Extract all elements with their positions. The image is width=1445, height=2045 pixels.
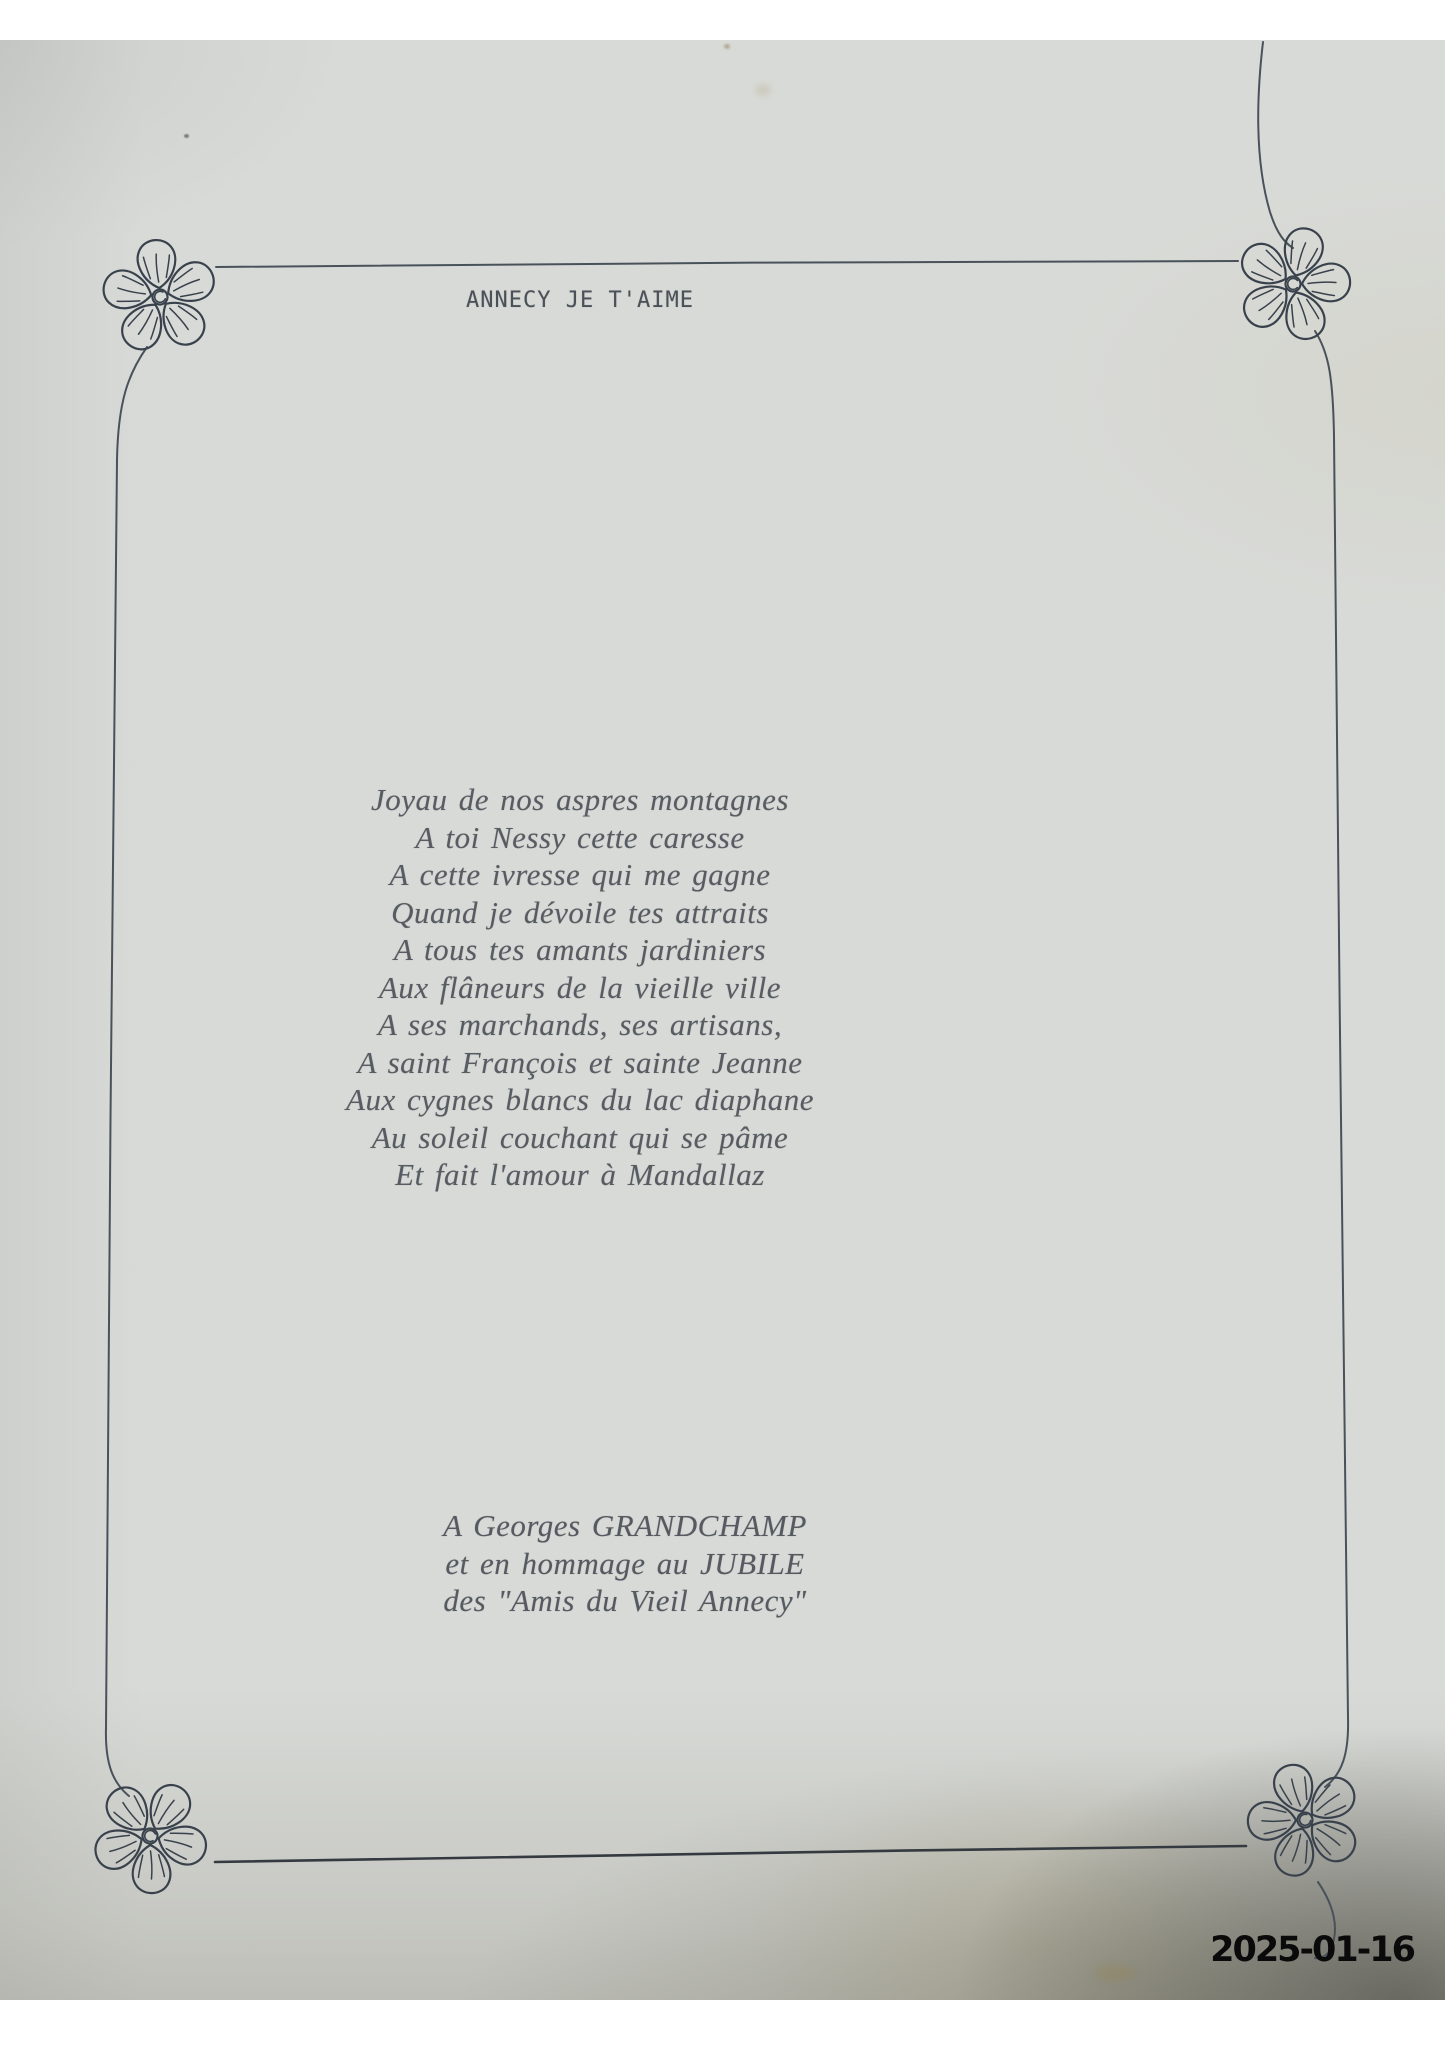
poem-line: Aux cygnes blancs du lac diaphane <box>0 1081 1160 1119</box>
screenshot: ANNECY JE T'AIME Joyau de nos aspres mon… <box>0 0 1445 2045</box>
poem-line: Joyau de nos aspres montagnes <box>0 781 1160 819</box>
dedication: A Georges GRANDCHAMP et en hommage au JU… <box>45 1507 1205 1620</box>
photo-speck <box>184 134 189 138</box>
photo-stain <box>755 84 771 96</box>
dedication-line: A Georges GRANDCHAMP <box>45 1507 1205 1545</box>
dedication-line: et en hommage au JUBILE <box>45 1545 1205 1583</box>
flower-icon <box>1221 213 1366 355</box>
page-title: ANNECY JE T'AIME <box>0 288 1160 313</box>
photo-speck <box>724 44 730 49</box>
frame-bottom-line <box>215 1846 1246 1862</box>
poem-line: Quand je dévoile tes attraits <box>0 894 1160 932</box>
poem-line: Aux flâneurs de la vieille ville <box>0 969 1160 1007</box>
page-photo: ANNECY JE T'AIME Joyau de nos aspres mon… <box>0 40 1445 2000</box>
poem-line: A toi Nessy cette caresse <box>0 819 1160 857</box>
poem-line: Au soleil couchant qui se pâme <box>0 1119 1160 1157</box>
flower-icon <box>1228 1744 1382 1895</box>
poem-line: A ses marchands, ses artisans, <box>0 1006 1160 1044</box>
poem-line: A saint François et sainte Jeanne <box>0 1044 1160 1082</box>
top-right-stem <box>1258 42 1293 248</box>
date-stamp: 2025-01-16 <box>1210 1930 1414 1970</box>
dedication-line: des "Amis du Vieil Annecy" <box>45 1582 1205 1620</box>
poem-line: A cette ivresse qui me gagne <box>0 856 1160 894</box>
frame-right-line <box>1315 331 1348 1787</box>
flower-icon <box>69 1755 232 1916</box>
photo-stain <box>1095 1965 1135 1981</box>
frame-top-line <box>216 261 1238 267</box>
poem: Joyau de nos aspres montagnes A toi Ness… <box>0 781 1160 1194</box>
poem-line: A tous tes amants jardiniers <box>0 931 1160 969</box>
poem-line: Et fait l'amour à Mandallaz <box>0 1156 1160 1194</box>
